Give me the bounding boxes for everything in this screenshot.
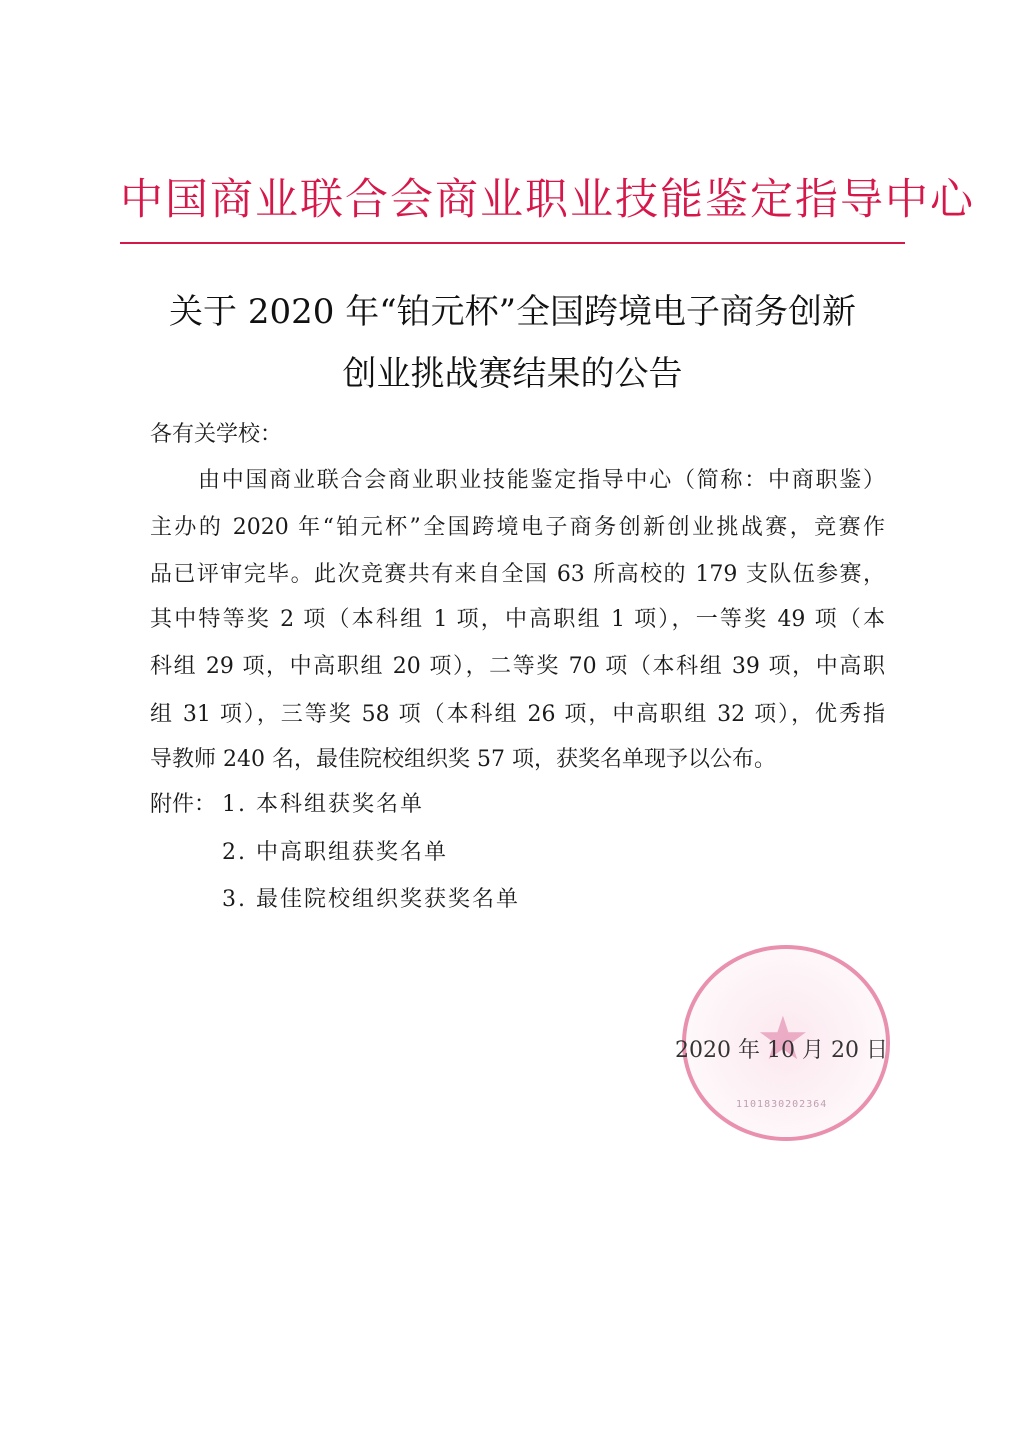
document-title-line-2: 创业挑战赛结果的公告 [120, 352, 905, 396]
body-line: 品已评审完毕。此次竞赛共有来自全国 63 所高校的 179 支队伍参赛， [150, 560, 885, 590]
body-line: 科组 29 项，中高职组 20 项），二等奖 70 项（本科组 39 项，中高职 [150, 652, 885, 682]
body-line: 导教师 240 名，最佳院校组织奖 57 项，获奖名单现予以公布。 [150, 745, 885, 775]
attachment-item: 2. 中高职组获奖名单 [222, 838, 448, 868]
body-line: 主办的 2020 年“铂元杯”全国跨境电子商务创新创业挑战赛，竞赛作 [150, 513, 885, 543]
document-page: 中国商业联合会商业职业技能鉴定指导中心 关于 2020 年“铂元杯”全国跨境电子… [0, 0, 1024, 1448]
body-line: 由中国商业联合会商业职业技能鉴定指导中心（简称：中商职鉴） [198, 466, 885, 496]
organization-header: 中国商业联合会商业职业技能鉴定指导中心 [120, 170, 905, 230]
seal-code: 1101830202364 [736, 1099, 827, 1110]
salutation: 各有关学校： [150, 420, 890, 450]
attachment-item: 3. 最佳院校组织奖获奖名单 [222, 885, 520, 915]
body-line: 其中特等奖 2 项（本科组 1 项，中高职组 1 项），一等奖 49 项（本 [150, 605, 885, 635]
issue-date: 2020 年 10 月 20 日 [675, 1036, 888, 1066]
attachment-item: 1. 本科组获奖名单 [222, 790, 424, 820]
document-title-line-1: 关于 2020 年“铂元杯”全国跨境电子商务创新 [120, 290, 905, 334]
body-line: 组 31 项），三等奖 58 项（本科组 26 项，中高职组 32 项），优秀指 [150, 700, 885, 730]
header-divider [120, 242, 905, 244]
